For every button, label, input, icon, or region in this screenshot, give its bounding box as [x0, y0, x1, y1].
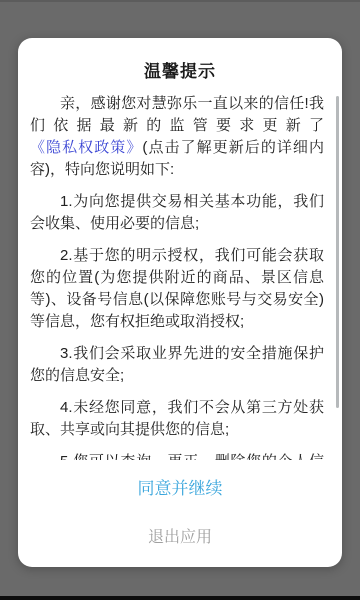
- agree-continue-button[interactable]: 同意并继续: [18, 474, 342, 499]
- privacy-dialog: 温馨提示 亲，感谢您对慧弥乐一直以来的信任!我们依据最新的监管要求更新了《隐私权…: [18, 38, 342, 567]
- exit-app-button[interactable]: 退出应用: [18, 524, 342, 547]
- policy-item-5: 5.您可以查询、更正、删除您的个人信息，我们也提供账户注销的渠道;: [30, 451, 324, 460]
- bottom-black-bar: [0, 596, 360, 600]
- privacy-policy-link[interactable]: 《隐私权政策》: [30, 139, 142, 156]
- policy-item-4: 4.未经您同意，我们不会从第三方处获取、共享或向其提供您的信息;: [30, 397, 324, 441]
- policy-scroll-area[interactable]: 亲，感谢您对慧弥乐一直以来的信任!我们依据最新的监管要求更新了《隐私权政策》(点…: [30, 88, 324, 460]
- screen-top-edge: [0, 0, 360, 2]
- policy-item-2: 2.基于您的明示授权，我们可能会获取您的位置(为您提供附近的商品、景区信息等)、…: [30, 245, 324, 333]
- scrollbar-thumb[interactable]: [336, 96, 339, 408]
- intro-text-pre: 亲，感谢您对慧弥乐一直以来的信任!我们依据最新的监管要求更新了: [30, 95, 324, 134]
- policy-item-3: 3.我们会采取业界先进的安全措施保护您的信息安全;: [30, 343, 324, 387]
- intro-paragraph: 亲，感谢您对慧弥乐一直以来的信任!我们依据最新的监管要求更新了《隐私权政策》(点…: [30, 93, 324, 181]
- policy-item-1: 1.为向您提供交易相关基本功能，我们会收集、使用必要的信息;: [30, 191, 324, 235]
- dialog-title: 温馨提示: [18, 38, 342, 82]
